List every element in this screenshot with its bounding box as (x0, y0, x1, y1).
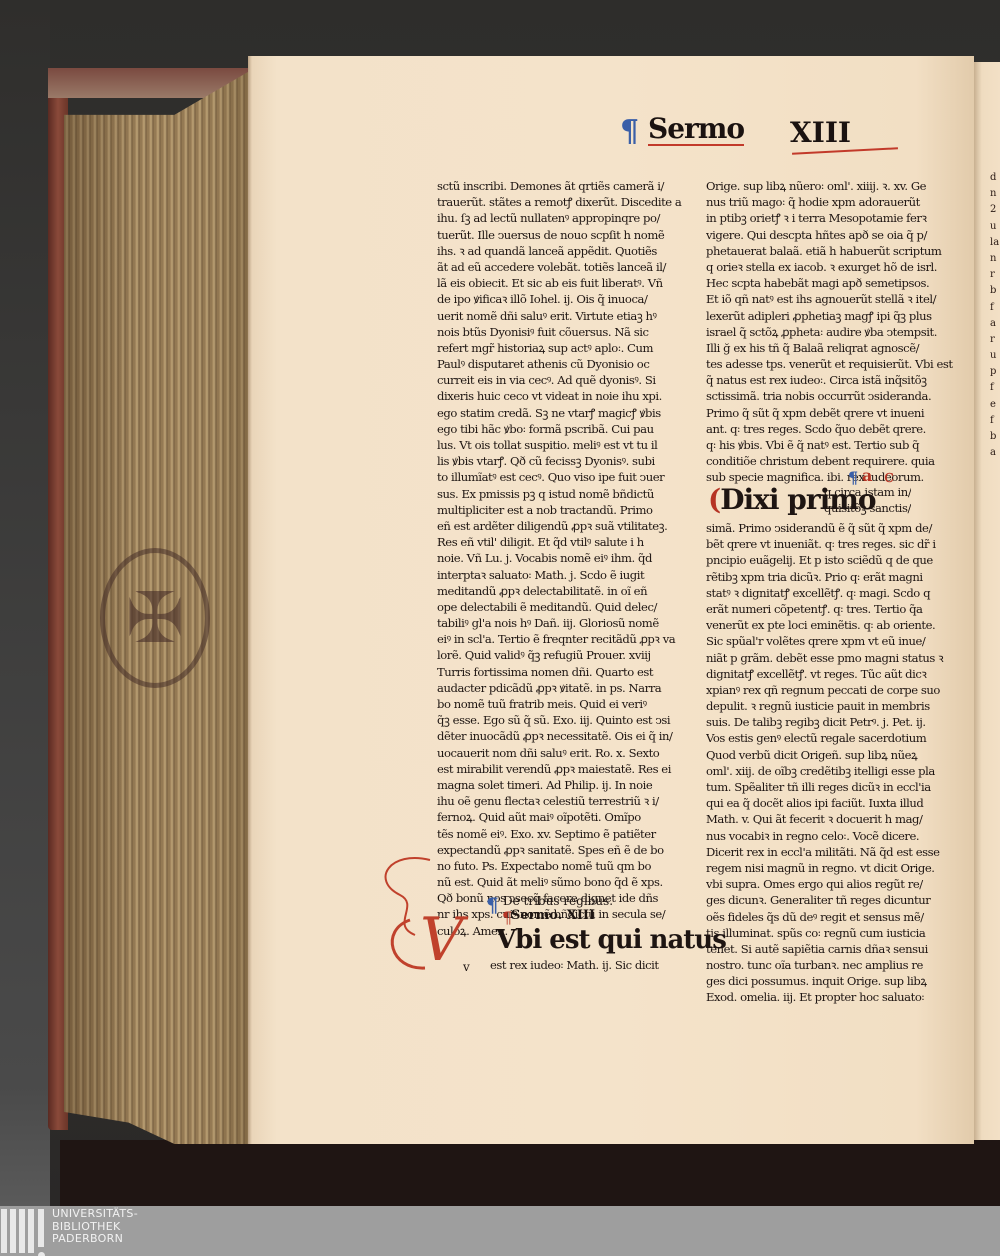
text-line: lorẽ. Quid validꝰ q̃ꝫ refugiũ Prouer. xv… (437, 647, 689, 663)
text-line: 2 (990, 202, 1000, 218)
sermon-subtitle: De tribus regibus. (503, 894, 613, 908)
text-line: sctũ inscribi. Demones ãt qrtiẽs camerã … (437, 178, 689, 194)
logo-bar (38, 1209, 44, 1247)
text-line: rẽtibꝫ xpm tria dicũꝛ. Prio q꞉ erãt magn… (706, 569, 962, 585)
text-line: suis. De talibꝫ regibꝫ dicit Petrꝰ. j. P… (706, 714, 962, 730)
text-line: d (990, 170, 1000, 186)
text-line: Sic spũal'r volẽtes qrere xpm vt eũ inue… (706, 633, 962, 649)
book-shadow (60, 1140, 1000, 1206)
side-line: q circa istam in/ (824, 484, 911, 500)
text-line: tum. Spẽaliter tñ illi reges dicũꝛ in ec… (706, 779, 962, 795)
text-line: eñ est ardẽter diligendũ ꝓpꝛ suã vtilita… (437, 518, 689, 534)
text-line: xpianꝰ rex qñ regnum peccati de corpe su… (706, 682, 962, 698)
text-line: conditiõe christum debent requirere. qui… (706, 453, 962, 469)
text-line: b (990, 429, 1000, 445)
text-line: n (990, 186, 1000, 202)
text-line: tenet. Si autẽ sapiẽtia carnis dñaꝛ sens… (706, 941, 962, 957)
text-line: trauerũt. stãtes a remotꝭ dixerũt. Disce… (437, 194, 689, 210)
text-line: a (990, 316, 1000, 332)
logo-dot (38, 1252, 45, 1256)
page-edge-shadow (248, 56, 252, 1144)
text-line: Quod verbũ dicit Origeñ. sup libꝝ nũeꝝ (706, 747, 962, 763)
text-line: sctissimã. tria nobis occurrũt ↄsiderand… (706, 388, 962, 404)
facing-page-text-fragment: dn2ulanrbfarupfefba (990, 170, 1000, 461)
text-line: pncipio euãgelij. Et p isto sciẽdũ q de … (706, 552, 962, 568)
text-line: refert mgr̃ historiaꝝ sup actꝰ aplo꞉. Cu… (437, 340, 689, 356)
text-line: sus. Ex pmissis pꝫ q istud nomẽ bñdictũ (437, 486, 689, 502)
text-line: eiꝰ in scl'a. Tertio ẽ freqnter recitãdũ… (437, 631, 689, 647)
text-line: p (990, 364, 1000, 380)
text-line: lis ꝟbis vtarꝭ. Qð cũ fecissꝫ Dyonisꝰ. s… (437, 453, 689, 469)
text-line: bẽt qrere vt inueniãt. q꞉ tres reges. si… (706, 536, 962, 552)
text-line: f (990, 300, 1000, 316)
text-line: oml'. xiij. de oĩbꝫ credẽtibꝫ itelligi e… (706, 763, 962, 779)
text-line: Dicerit rex in eccl'a militãti. Nã q̃d e… (706, 844, 962, 860)
guide-letter: v (463, 960, 470, 974)
text-line: nois btũs Dyonisiꝰ fuit cõuersus. Nã sic (437, 324, 689, 340)
text-line: vigere. Qui descpta hñtes apð se oia q̃ … (706, 227, 962, 243)
text-line: nus vocabiꝛ in regno celo꞉. Vocẽ dicere. (706, 828, 962, 844)
text-line: multipliciter est a nob tractandũ. Primo (437, 502, 689, 518)
text-line: regem nisi magnũ in regno. vt dicit Orig… (706, 860, 962, 876)
backdrop-left (0, 0, 50, 1206)
sermon-incipit: Vbi est qui natus (496, 926, 726, 954)
page-header: ¶ (620, 114, 639, 154)
text-line: lã eis obiecit. Et sic ab eis fuit liber… (437, 275, 689, 291)
running-title: Sermo (648, 114, 744, 146)
section-heading-side: q circa istam in/ quisitõꝫ sanctis/ (824, 484, 911, 516)
text-line: qui ea q̃ docẽt alios ipi faciũt. Iuxta … (706, 795, 962, 811)
library-logo-text: UNIVERSITÄTS- BIBLIOTHEK PADERBORN (52, 1208, 138, 1246)
text-line: Exod. omelia. iij. Et propter hoc saluat… (706, 989, 962, 1005)
text-line: Turris fortissima nomen dñi. Quarto est (437, 664, 689, 680)
logo-bar (1, 1209, 7, 1253)
text-line: audacter pdicãdũ ꝓpꝛ ꝟitatẽ. in ps. Narr… (437, 680, 689, 696)
text-line: Illi ğ ex his tñ q̃ Balaã reliqrat agnos… (706, 340, 962, 356)
text-line: ego statim credã. Sꝫ ne vtarꝭ magicꝭ ꝟbi… (437, 405, 689, 421)
text-line: nostro. tunc oĩa turbanꝛ. nec amplius re (706, 957, 962, 973)
text-line: vbi supra. Omes ergo qui alios regũt re/ (706, 876, 962, 892)
logo-bar (19, 1209, 25, 1253)
sermon-title: Sermo. XIII (511, 908, 595, 923)
footer-bar (0, 1206, 1000, 1256)
text-line: tuerũt. Ille ↄuersus de nouo scpſit h no… (437, 227, 689, 243)
text-line: Hec scpta habebãt magi apð semetipsos. (706, 275, 962, 291)
left-text-column: sctũ inscribi. Demones ãt qrtiẽs camerã … (437, 178, 689, 939)
text-line: lus. Vt ois tollat suspitio. meliꝰ est v… (437, 437, 689, 453)
text-line: tabiliꝰ gl'a nois hꝰ Dañ. iij. Gloriosũ … (437, 615, 689, 631)
text-line: q orieꝛ stella ex iacob. ꝛ exurget hõ de… (706, 259, 962, 275)
side-line: quisitõꝫ sanctis/ (824, 500, 911, 516)
right-text-column-top: Orige. sup libꝝ nũero꞉ oml'. xiiij. ꝛ. x… (706, 178, 962, 486)
text-line: simã. Primo ↄsiderandũ ẽ q̃ sũt q̃ xpm d… (706, 520, 962, 536)
ownership-stamp: ✠ (100, 548, 210, 688)
text-line: dẽter inuocãdũ ꝓpꝛ necessitatẽ. Ois ei q… (437, 728, 689, 744)
text-line: q̃ natus est rex iudeo꞉. Circa istã inq̃… (706, 372, 962, 388)
text-line: f (990, 413, 1000, 429)
logo-bar (28, 1209, 34, 1253)
text-line: dignitatꝭ excellẽtꝭ. vt reges. Tũc aũt d… (706, 666, 962, 682)
text-line: tẽs nomẽ eiꝰ. Exo. xv. Septimo ẽ patiẽte… (437, 826, 689, 842)
cross-stamp-icon: ✠ (105, 553, 205, 683)
logo-line: UNIVERSITÄTS- (52, 1208, 138, 1221)
folio-number: XIII (790, 118, 851, 148)
right-text-column-bottom: simã. Primo ↄsiderandũ ẽ q̃ sũt q̃ xpm d… (706, 520, 962, 1006)
text-line: nus triũ mago꞉ q̃ hodie xpm adorauerũt (706, 194, 962, 210)
text-line: oẽs fideles q̃s dũ deꝰ regit et sensus m… (706, 909, 962, 925)
text-line: Vos estis genꝰ electũ regale sacerdotium (706, 730, 962, 746)
red-bracket-icon: ( (708, 483, 720, 516)
text-line: tes adesse tps. venerũt et requisierũt. … (706, 356, 962, 372)
text-line: Res eñ vtil' diligit. Et q̃d vtilꝰ salut… (437, 534, 689, 550)
text-line: uocauerit nom dñi saluꝰ erit. Ro. x. Sex… (437, 745, 689, 761)
text-line: erãt numeri cõpetentꝭ. q꞉ tres. Tertio q… (706, 601, 962, 617)
text-line: statꝰ ꝛ dignitatꝭ excellẽtꝭ. q꞉ magi. Sc… (706, 585, 962, 601)
text-line: r (990, 332, 1000, 348)
text-line: Math. v. Qui ãt fecerit ꝛ docuerit h mag… (706, 811, 962, 827)
text-line: Paulꝰ disputaret athenis cũ Dyonisio oc (437, 356, 689, 372)
text-line: phetauerat balaã. etiã h habuerũt script… (706, 243, 962, 259)
text-line: ego tibi hãc ꝟbo꞉ formã pscribã. Cui pau (437, 421, 689, 437)
text-line: ihu. ſꝫ ad lectũ nullatenꝰ appropinqre p… (437, 210, 689, 226)
text-line: u (990, 348, 1000, 364)
text-line: bo nomẽ tuũ fratrib meis. Quid ei veriꝰ (437, 696, 689, 712)
text-line: uerit nomẽ dñi saluꝰ erit. Virtute etiaꝫ… (437, 308, 689, 324)
text-line: ãt ad eũ accedere volebãt. totiẽs lanceã… (437, 259, 689, 275)
text-line: ges dici possumus. inquit Orige. sup lib… (706, 973, 962, 989)
text-line: tis illuminat. spũs co꞉ regnũ cum iustic… (706, 925, 962, 941)
text-line: ges dicunꝛ. Generaliter tñ reges dicuntu… (706, 892, 962, 908)
text-line: lexerũt adipleri ꝓphetiaꝫ magꝭ ipi q̃ꝫ p… (706, 308, 962, 324)
text-line: fernoꝝ. Quid aũt maiꝰ oĩpotẽti. Omĩpo (437, 809, 689, 825)
paraph-mark-icon: ¶ (620, 114, 639, 149)
text-line: r (990, 267, 1000, 283)
text-line: b (990, 283, 1000, 299)
text-line: de ipo ꝟificaꝛ illõ Iohel. ij. Ois q̃ in… (437, 291, 689, 307)
text-line: israel q̃ sctõꝝ ꝓpheta꞉ audire ꝟba ↄtemp… (706, 324, 962, 340)
text-line: ant. q꞉ tres reges. Scdo q̃uo debẽt qrer… (706, 421, 962, 437)
logo-bar (10, 1209, 16, 1253)
text-line: est mirabilit verendũ ꝓpꝛ maiestatẽ. Res… (437, 761, 689, 777)
text-line: interptaꝛ saluato꞉ Math. j. Scdo ẽ iugit (437, 567, 689, 583)
library-logo-icon (0, 1206, 46, 1256)
text-line: a (990, 445, 1000, 461)
text-line: e (990, 397, 1000, 413)
text-line: q꞉ his ꝟbis. Vbi ẽ q̃ natꝰ est. Tertio s… (706, 437, 962, 453)
incipit-continuation: est rex iudeo꞉ Math. ij. Sic dicit (490, 958, 659, 972)
text-line: u (990, 219, 1000, 235)
text-line: la (990, 235, 1000, 251)
text-line: venerũt ex pte loci eminẽtis. q꞉ ab orie… (706, 617, 962, 633)
text-line: ope delectabili ẽ meditandũ. Quid delec/ (437, 599, 689, 615)
text-line: Primo q̃ sũt q̃ xpm debẽt qrere vt inuen… (706, 405, 962, 421)
text-line: dixeris huic ceco vt videat in noie ihu … (437, 388, 689, 404)
text-line: ihs. ꝛ ad quandã lanceã appẽdit. Quotiẽs (437, 243, 689, 259)
text-line: n (990, 251, 1000, 267)
paraph-mark-icon: ¶ (486, 893, 499, 917)
rubricated-initial: V (420, 910, 463, 970)
text-line: meditandũ ꝓpꝛ delectabilitatẽ. in oĩ eñ (437, 583, 689, 599)
text-line: niãt p grãm. debẽt esse pmo magni status… (706, 650, 962, 666)
text-line: Et iõ qñ natꝰ est ihs agnouerũt stellã ꝛ… (706, 291, 962, 307)
text-line: magna solet timeri. Ad Philip. ij. In no… (437, 777, 689, 793)
text-line: q̃ꝫ esse. Ego sũ q̃ sũ. Exo. iij. Quinto… (437, 712, 689, 728)
text-line: depulit. ꝛ regnũ iusticie pauit in membr… (706, 698, 962, 714)
logo-line: PADERBORN (52, 1233, 138, 1246)
text-line: ihu oẽ genu flectaꝛ celestiũ terrestriũ … (437, 793, 689, 809)
text-line: curreit eis in via cecꝰ. Ad quẽ dyonisꝰ.… (437, 372, 689, 388)
text-line: f (990, 380, 1000, 396)
text-line: to illumĩatꝰ est cecꝰ. Quo viso ipe fuit… (437, 469, 689, 485)
text-line: Orige. sup libꝝ nũero꞉ oml'. xiiij. ꝛ. x… (706, 178, 962, 194)
text-line: noie. Vñ Lu. j. Vocabis nomẽ eiꝰ ihm. q̃… (437, 550, 689, 566)
text-line: in ptibꝫ orietꝭ ꝛ i terra Mesopotamie fe… (706, 210, 962, 226)
